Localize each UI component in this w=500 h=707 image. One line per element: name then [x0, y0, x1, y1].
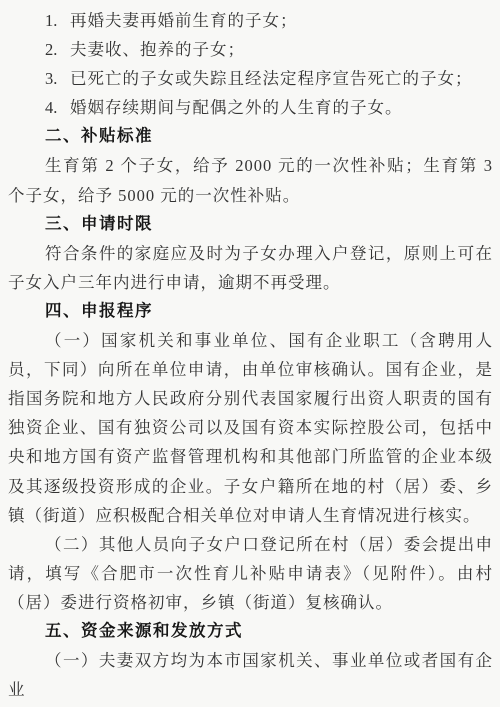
paragraph: 生育第 2 个子女，给予 2000 元的一次性补贴；生育第 3 个子女，给予 5… — [8, 151, 493, 209]
list-item-text: 夫妻收、抱养的子女； — [70, 40, 245, 59]
list-item-text: 已死亡的子女或失踪且经法定程序宣告死亡的子女； — [70, 69, 473, 88]
section-funding-source: 五、资金来源和发放方式 （一）夫妻双方均为本市国家机关、事业单位或者国有企业 — [8, 617, 493, 704]
section-declaration-procedure: 四、申报程序 （一）国家机关和事业单位、国有企业职工（含聘用人员，下同）向所在单… — [8, 297, 493, 617]
list-item-text: 再婚夫妻再婚前生育的子女； — [70, 11, 298, 30]
section-heading: 二、补贴标准 — [8, 122, 493, 151]
document-page: 1.再婚夫妻再婚前生育的子女； 2.夫妻收、抱养的子女； 3.已死亡的子女或失踪… — [0, 0, 500, 707]
list-item-number: 1. — [45, 6, 70, 35]
paragraph: （二）其他人员向子女户口登记所在村（居）委会提出申请，填写《合肥市一次性育儿补贴… — [8, 530, 493, 617]
excluded-children-list: 1.再婚夫妻再婚前生育的子女； 2.夫妻收、抱养的子女； 3.已死亡的子女或失踪… — [8, 6, 493, 122]
list-item-text: 婚姻存续期间与配偶之外的人生育的子女。 — [70, 98, 403, 117]
section-heading: 三、申请时限 — [8, 210, 493, 239]
section-subsidy-standard: 二、补贴标准 生育第 2 个子女，给予 2000 元的一次性补贴；生育第 3 个… — [8, 122, 493, 209]
list-item-number: 4. — [45, 93, 70, 122]
paragraph: （一）夫妻双方均为本市国家机关、事业单位或者国有企业 — [8, 646, 493, 704]
paragraph: （一）国家机关和事业单位、国有企业职工（含聘用人员，下同）向所在单位申请，由单位… — [8, 326, 493, 530]
list-item: 3.已死亡的子女或失踪且经法定程序宣告死亡的子女； — [8, 64, 493, 93]
section-heading: 五、资金来源和发放方式 — [8, 617, 493, 646]
section-application-time-limit: 三、申请时限 符合条件的家庭应及时为子女办理入户登记，原则上可在子女入户三年内进… — [8, 210, 493, 297]
paragraph: 符合条件的家庭应及时为子女办理入户登记，原则上可在子女入户三年内进行申请，逾期不… — [8, 239, 493, 297]
list-item-number: 2. — [45, 35, 70, 64]
list-item: 2.夫妻收、抱养的子女； — [8, 35, 493, 64]
list-item: 4.婚姻存续期间与配偶之外的人生育的子女。 — [8, 93, 493, 122]
list-item-number: 3. — [45, 64, 70, 93]
section-heading: 四、申报程序 — [8, 297, 493, 326]
list-item: 1.再婚夫妻再婚前生育的子女； — [8, 6, 493, 35]
